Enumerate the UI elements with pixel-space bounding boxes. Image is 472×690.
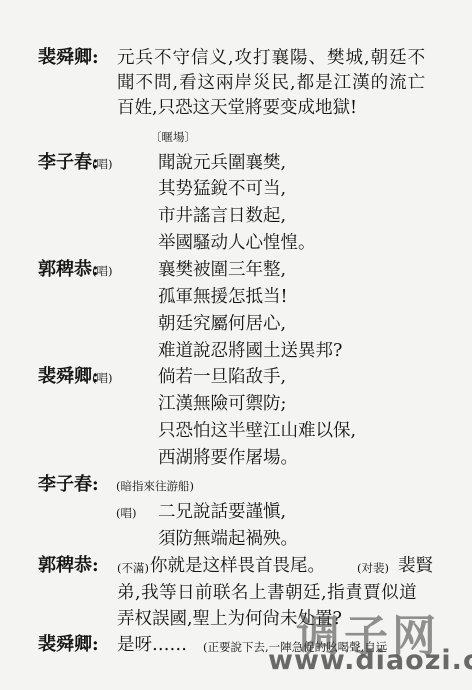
stage-direction: (对裴) [357, 557, 389, 579]
stage-direction: (唱) [92, 367, 112, 389]
dialogue-line: 百姓,只恐这天堂將要变成地獄! [117, 97, 357, 119]
dialogue-line: 举國騷动人心惶惶。 [158, 232, 316, 254]
stage-direction: (暗指來往游船) [116, 475, 194, 497]
speaker-name: 裴舜卿: [38, 47, 99, 69]
dialogue-line: 其势猛銳不可当, [158, 178, 286, 200]
watermark-url: www.diaozi.com [268, 646, 468, 676]
stage-direction: (唱) [116, 502, 136, 524]
speaker-name: 郭稗恭: [38, 555, 99, 577]
dialogue-line: 西湖將要作屠場。 [158, 447, 298, 469]
speaker-name: 李子春: [38, 474, 99, 496]
stage-direction: (唱) [92, 260, 112, 282]
dialogue-line: 二兄說話要謹愼, [158, 501, 286, 523]
dialogue-line: 聞不問,看这兩岸災民,都是江漢的流亡 [117, 72, 426, 94]
dialogue-line: 弟,我等日前联名上書朝廷,指責賈似道 [117, 582, 417, 604]
speaker-name: 李子春: [38, 152, 99, 174]
dialogue-line: 襄樊被圍三年整, [158, 259, 286, 281]
dialogue-line: 裴賢 [398, 555, 433, 577]
dialogue-line: 元兵不守信义,攻打襄陽、樊城,朝廷不 [117, 47, 426, 69]
dialogue-line: 孤軍無援怎抵当! [158, 286, 288, 308]
dialogue-line: 你就是这样畏首畏尾。 [150, 555, 325, 577]
watermark: 调子网 www.diaozi.com [268, 614, 468, 676]
dialogue-line: 市井謠言日数起, [158, 205, 286, 227]
dialogue-line: 只恐怕这半壁江山难以保, [158, 420, 356, 442]
dialogue-line: 是呀…… [117, 634, 187, 656]
stage-direction: (不滿) [117, 557, 149, 579]
dialogue-line: 聞說元兵圍襄樊, [158, 152, 286, 174]
dialogue-line: 难道說忍將國土送異邦? [158, 340, 342, 362]
dialogue-line: 須防無端起禍殃。 [158, 528, 298, 550]
dialogue-line: 倘若一旦陷敌手, [158, 366, 286, 388]
dialogue-line: 朝廷究屬何居心, [158, 313, 286, 335]
speaker-name: 郭稗恭: [38, 259, 99, 281]
speaker-name: 裴舜卿: [38, 634, 99, 656]
stage-direction: 〔暱場〕 [150, 126, 196, 148]
script-page: 裴舜卿: 元兵不守信义,攻打襄陽、樊城,朝廷不 聞不問,看这兩岸災民,都是江漢的… [0, 0, 472, 690]
speaker-name: 裴舜卿: [38, 366, 99, 388]
stage-direction: (唱) [92, 153, 112, 175]
dialogue-line: 江漢無險可禦防; [158, 393, 286, 415]
